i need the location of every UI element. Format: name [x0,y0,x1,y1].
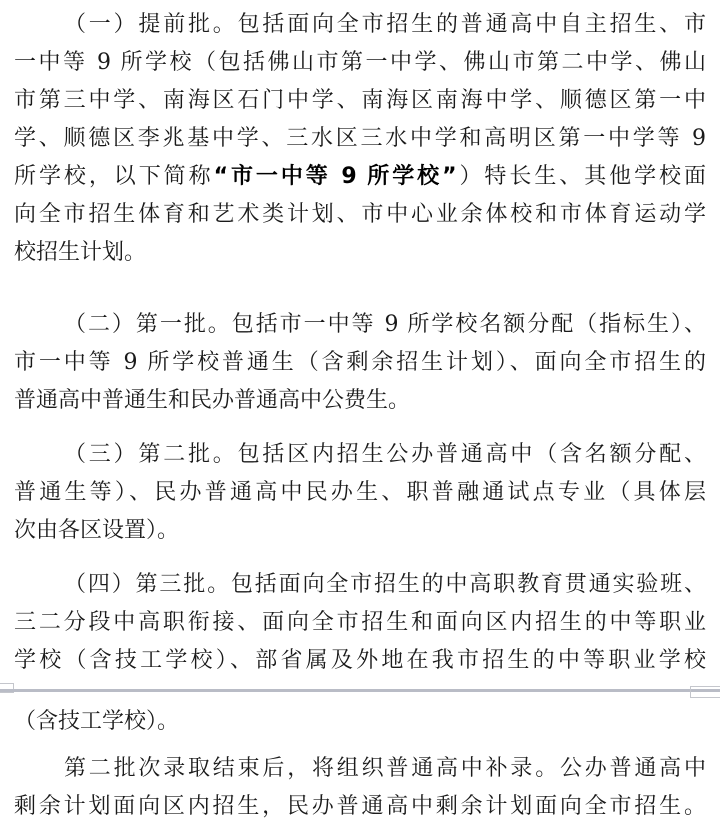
paragraph-batch-1-line-1: （一）提前批。包括面向全市招生的普通高中自主招生、市 [64,6,706,44]
paragraph-supplement-line-2: 剩余计划面向区内招生，民办普通高中剩余计划面向全市招生。 [14,788,706,826]
page-break-line [0,689,720,692]
paragraph-batch-4-line-1: （四）第三批。包括面向全市招生的中高职教育贯通实验班、 [64,566,706,604]
paragraph-batch-4-line-4: （含技工学校）。 [14,703,706,741]
page-break-marker-right [690,686,720,698]
paragraph-batch-1-line-6: 向全市招生体育和艺术类计划、市中心业余体校和市体育运动学 [14,196,706,234]
paragraph-batch-3-line-1: （三）第二批。包括区内招生公办普通高中（含名额分配、 [64,436,706,474]
line-text-pre: 所学校，以下简称 [14,164,214,189]
paragraph-batch-2-line-3: 普通高中普通生和民办普通高中公费生。 [14,382,706,420]
paragraph-batch-1-line-3: 市第三中学、南海区石门中学、南海区南海中学、顺德区第一中 [14,82,706,120]
paragraph-batch-3-line-3: 次由各区设置）。 [14,512,706,550]
paragraph-batch-1-line-4: 学、顺德区李兆基中学、三水区三水中学和高明区第一中学等 9 [14,120,706,158]
abbreviation-bold-text: “市一中等 9 所学校” [214,164,457,189]
paragraph-batch-1-line-2: 一中等 9 所学校（包括佛山市第一中学、佛山市第二中学、佛山 [14,44,706,82]
paragraph-batch-2-line-2: 市一中等 9 所学校普通生（含剩余招生计划）、面向全市招生的 [14,344,706,382]
line-text-post: ）特长生、其他学校面 [457,164,706,189]
paragraph-batch-3-line-2: 普通生等）、民办普通高中民办生、职普融通试点专业（具体层 [14,474,706,512]
paragraph-batch-2-line-1: （二）第一批。包括市一中等 9 所学校名额分配（指标生）、 [64,306,706,344]
paragraph-batch-4-line-3: 学校（含技工学校）、部省属及外地在我市招生的中等职业学校 [14,642,706,680]
paragraph-batch-1-line-7: 校招生计划。 [14,234,706,272]
paragraph-batch-4-line-2: 三二分段中高职衔接、面向全市招生和面向区内招生的中等职业 [14,604,706,642]
paragraph-batch-1-line-5: 所学校，以下简称“市一中等 9 所学校”）特长生、其他学校面 [14,158,706,196]
paragraph-supplement-line-1: 第二批次录取结束后，将组织普通高中补录。公办普通高中 [64,750,706,788]
